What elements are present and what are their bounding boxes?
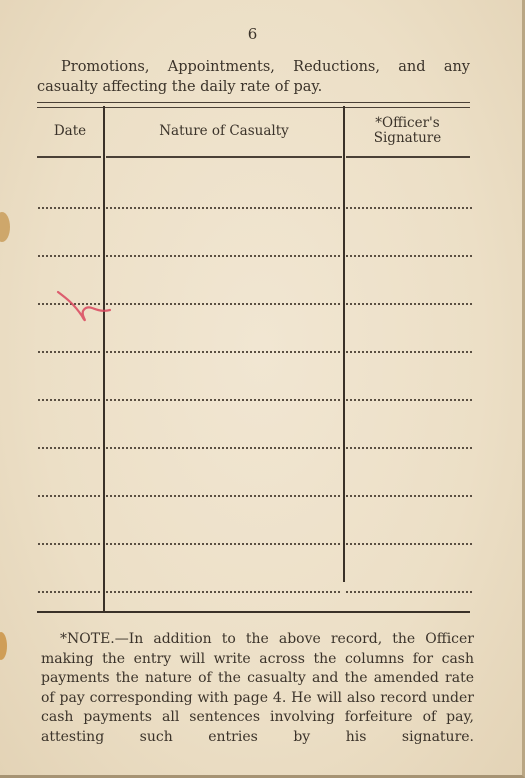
nature-field-line[interactable] bbox=[106, 591, 340, 593]
header-rule bbox=[37, 156, 101, 158]
date-field-line[interactable] bbox=[38, 351, 100, 353]
signature-field-line[interactable] bbox=[346, 543, 472, 545]
date-field-line[interactable] bbox=[38, 207, 100, 209]
nature-field-line[interactable] bbox=[106, 543, 340, 545]
heading-text: Promotions, Appointments, Reductions, an… bbox=[37, 59, 470, 95]
header-line: *Officer's bbox=[374, 116, 442, 131]
nature-field-line[interactable] bbox=[106, 255, 340, 257]
header-rule bbox=[346, 156, 470, 158]
nature-field-line[interactable] bbox=[106, 399, 340, 401]
signature-field-line[interactable] bbox=[346, 303, 472, 305]
nature-field-line[interactable] bbox=[106, 447, 340, 449]
column-header-nature-of-casualty: Nature of Casualty bbox=[105, 106, 343, 156]
red-pen-mark-icon bbox=[56, 290, 116, 326]
column-header-date: Date bbox=[37, 106, 103, 156]
header-line: Signature bbox=[374, 131, 442, 146]
signature-field-line[interactable] bbox=[346, 447, 472, 449]
paper-stain bbox=[0, 632, 7, 660]
date-field-line[interactable] bbox=[38, 543, 100, 545]
page-number: 6 bbox=[0, 25, 505, 43]
signature-field-line[interactable] bbox=[346, 255, 472, 257]
document-page: 6 Promotions, Appointments, Reductions, … bbox=[0, 0, 525, 778]
footnote: *NOTE.—In addition to the above record, … bbox=[41, 630, 474, 748]
nature-field-line[interactable] bbox=[106, 207, 340, 209]
date-field-line[interactable] bbox=[38, 447, 100, 449]
column-divider bbox=[343, 106, 345, 582]
column-header-officers-signature: *Officer's Signature bbox=[345, 106, 470, 156]
column-divider bbox=[103, 106, 105, 611]
date-field-line[interactable] bbox=[38, 495, 100, 497]
date-field-line[interactable] bbox=[38, 591, 100, 593]
nature-field-line[interactable] bbox=[106, 303, 340, 305]
footnote-text: *NOTE.—In addition to the above record, … bbox=[41, 631, 474, 745]
signature-field-line[interactable] bbox=[346, 351, 472, 353]
signature-field-line[interactable] bbox=[346, 591, 472, 593]
paper-stain bbox=[0, 212, 10, 242]
date-field-line[interactable] bbox=[38, 255, 100, 257]
date-field-line[interactable] bbox=[38, 399, 100, 401]
casualty-table: Date Nature of Casualty *Officer's Signa… bbox=[37, 106, 470, 613]
signature-field-line[interactable] bbox=[346, 399, 472, 401]
signature-field-line[interactable] bbox=[346, 495, 472, 497]
table-bottom-rule bbox=[37, 611, 470, 613]
header-rule bbox=[106, 156, 342, 158]
nature-field-line[interactable] bbox=[106, 351, 340, 353]
signature-field-line[interactable] bbox=[346, 207, 472, 209]
nature-field-line[interactable] bbox=[106, 495, 340, 497]
page-heading: Promotions, Appointments, Reductions, an… bbox=[37, 57, 470, 97]
